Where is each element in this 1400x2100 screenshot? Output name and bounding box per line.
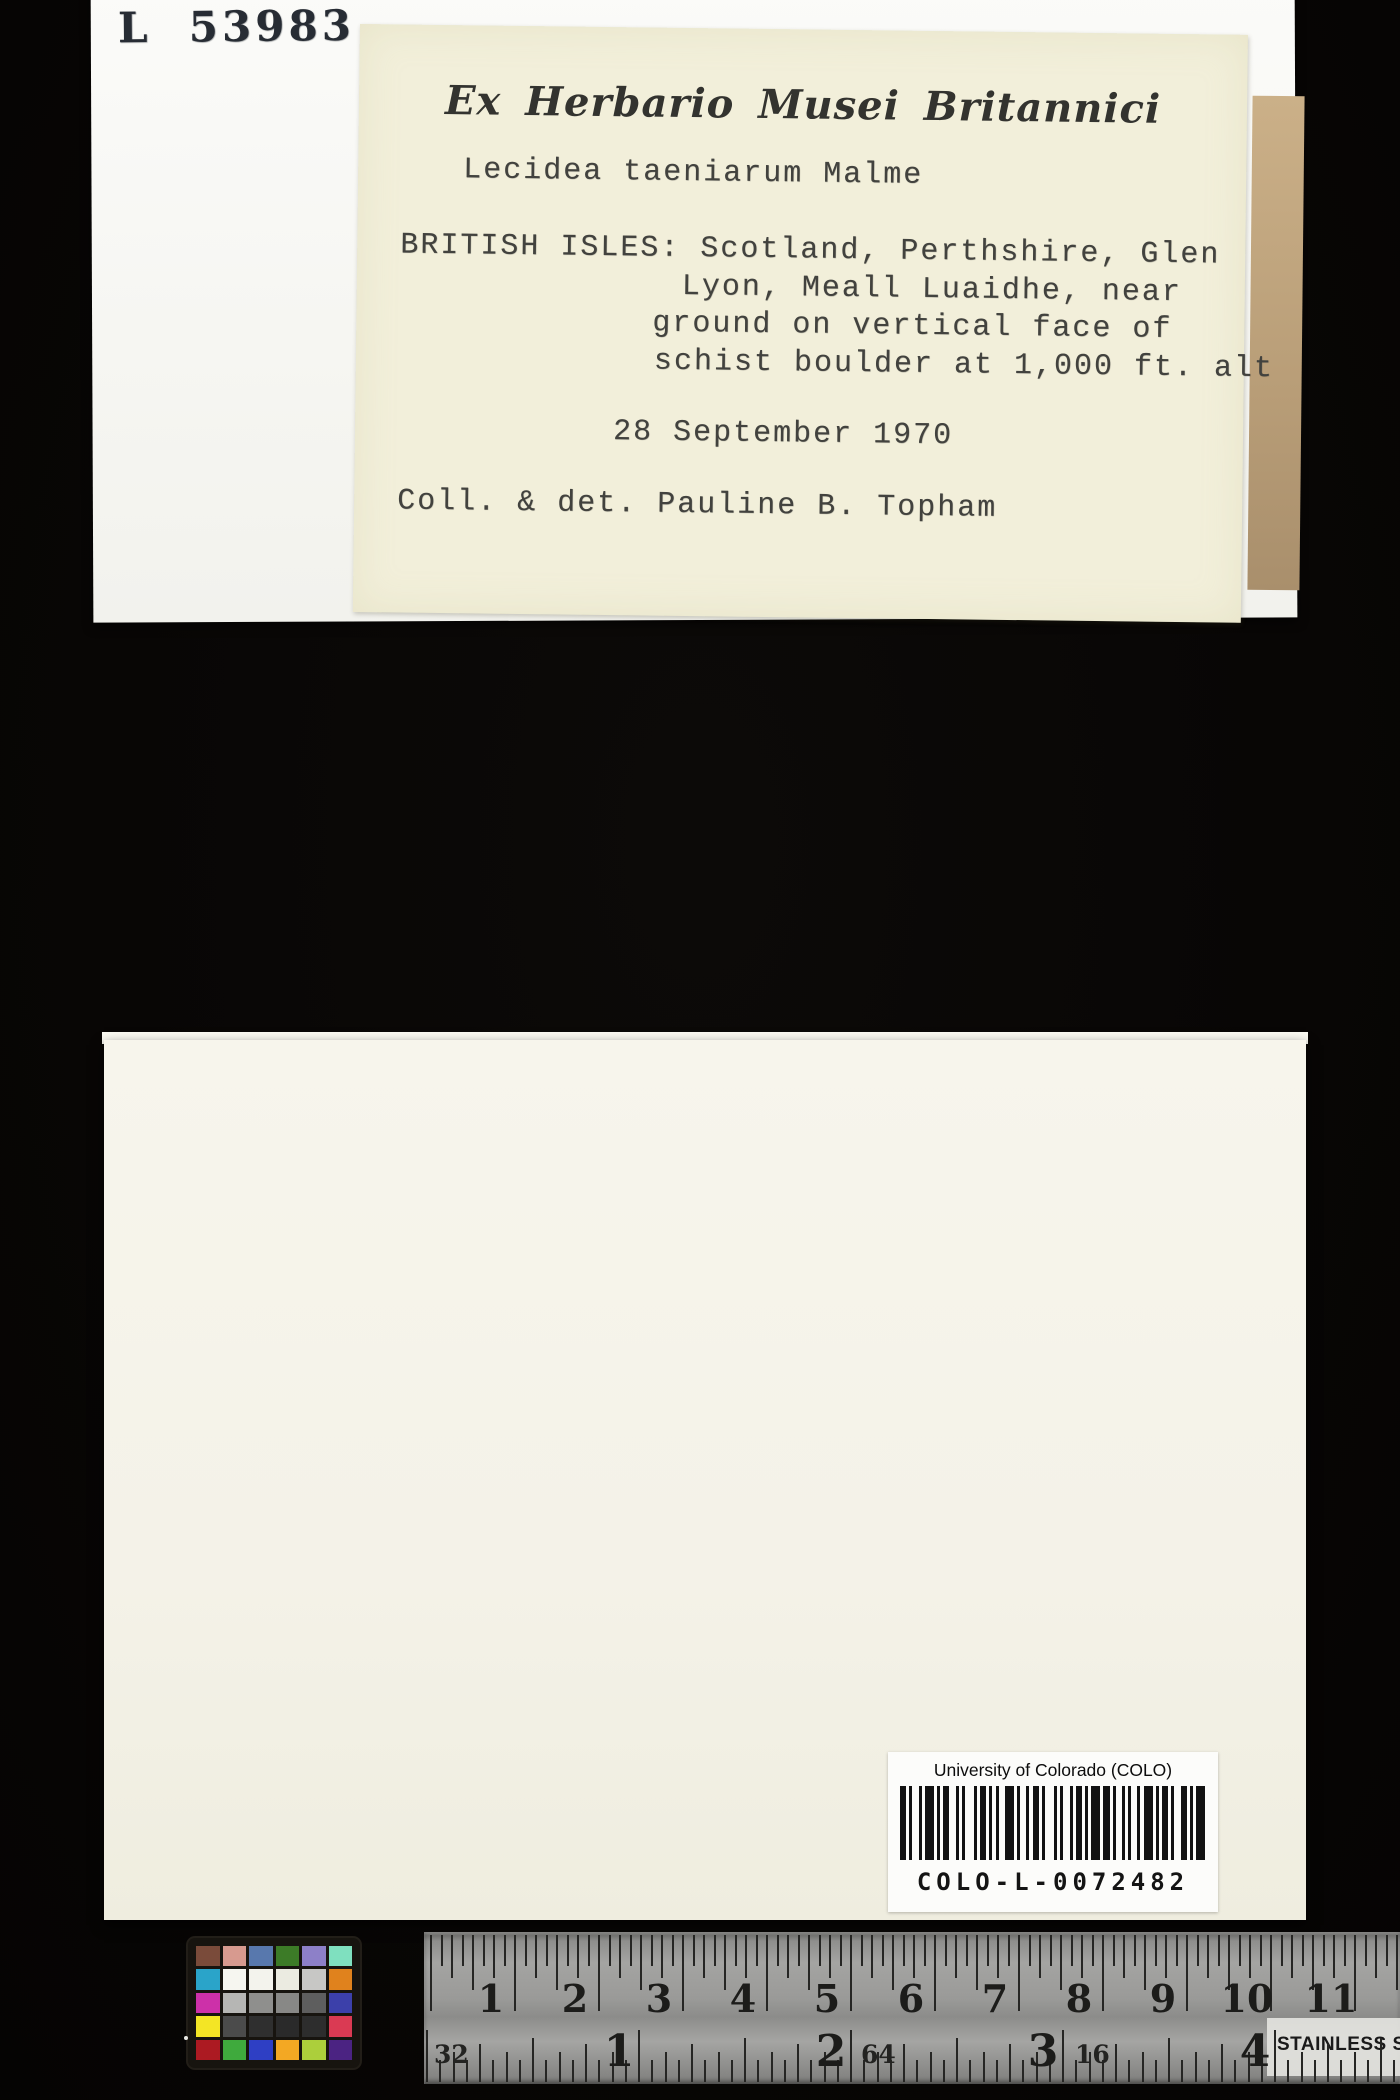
dust-speck	[184, 2036, 188, 2040]
ruler-inch-number: 1	[604, 2026, 635, 2077]
ruler-tick	[1291, 1935, 1293, 1978]
color-patch	[302, 1993, 326, 2013]
ruler-inch-number: 8	[1066, 1976, 1092, 2021]
ruler-tick	[1287, 2060, 1289, 2082]
ruler-tick	[1386, 1935, 1388, 1966]
ruler-tick	[1249, 1935, 1251, 1978]
ruler-tick	[1165, 1935, 1167, 1978]
color-patch	[196, 1993, 220, 2013]
ruler-tick	[535, 1935, 537, 1978]
color-patch	[249, 2040, 273, 2060]
color-patch	[329, 1993, 353, 2013]
color-patch	[329, 1969, 353, 1989]
ruler-tick	[703, 1935, 705, 1978]
ruler-tick	[1375, 1935, 1377, 1978]
ruler-tick	[577, 1935, 579, 1978]
barcode-label: University of Colorado (COLO) COLO-L-007…	[888, 1752, 1218, 1912]
ruler-tick	[1281, 1935, 1283, 1966]
ruler-tick	[1134, 1935, 1136, 1966]
ruler-inch-number: 4	[1240, 2026, 1271, 2077]
ruler-inch-number: 4	[730, 1976, 756, 2021]
barcode-bar	[1196, 1786, 1205, 1860]
ruler-tick	[567, 1935, 569, 1966]
ruler-tick	[903, 2044, 905, 2082]
ruler-inch-number: 11	[1305, 1976, 1358, 2021]
color-patch	[276, 2016, 300, 2036]
ruler-tick	[585, 2044, 587, 2082]
specimen-envelope: University of Colorado (COLO) COLO-L-007…	[104, 1040, 1306, 1920]
color-patch	[196, 1946, 220, 1966]
ruler-tick	[882, 1935, 884, 1966]
ruler-inch-number: 5	[814, 1976, 840, 2021]
ruler-tick	[969, 2060, 971, 2082]
herbarium-specimen-photo: L 53983 Ex Herbario Musei Britannici Lec…	[0, 0, 1400, 2100]
ruler-tick	[661, 1935, 663, 1978]
ruler-tick	[462, 1935, 464, 1966]
ruler-tick	[1008, 1935, 1010, 1966]
color-patch	[223, 2016, 247, 2036]
ruler-tick	[1092, 1935, 1094, 1966]
ruler-tick	[1128, 2060, 1130, 2082]
ruler-tick	[850, 1935, 852, 2011]
ruler-graduation-label: 16	[1075, 2040, 1110, 2069]
color-patch	[302, 1969, 326, 1989]
ruler-tick	[693, 1935, 695, 1966]
ruler-tick	[1314, 2060, 1316, 2082]
color-patch	[196, 2016, 220, 2036]
ruler-tick	[777, 1935, 779, 1966]
ruler-tick	[704, 2060, 706, 2082]
ruler-tick	[1142, 2052, 1144, 2082]
ruler-tick	[956, 2038, 958, 2082]
ruler-inch-number: 1	[478, 1976, 504, 2021]
barcode-number: COLO-L-0072482	[888, 1868, 1218, 1896]
color-patch	[196, 2040, 220, 2060]
color-patch	[302, 2016, 326, 2036]
ruler-tick	[1354, 2052, 1356, 2082]
ruler-tick	[1029, 1935, 1031, 1966]
ruler-tick	[1365, 1935, 1367, 1966]
ruler-tick	[1221, 2044, 1223, 2082]
ruler-tick	[441, 1935, 443, 1966]
ruler-tick	[572, 2060, 574, 2082]
ruler-tick	[1380, 2038, 1382, 2082]
ruler-tick	[1302, 1935, 1304, 1966]
ruler-tick	[525, 1935, 527, 1966]
ruler-tick	[1367, 2060, 1369, 2082]
ruler-tick	[1393, 2060, 1395, 2082]
ruler-tick	[630, 1935, 632, 1966]
ruler-tick	[771, 2052, 773, 2082]
ruler-tick	[1022, 2060, 1024, 2082]
ruler-graduation-label: 32	[434, 2040, 469, 2069]
ruler-tick	[798, 1935, 800, 1966]
collector-line: Coll. & det. Pauline B. Topham	[397, 484, 997, 525]
ruler-tick	[545, 2060, 547, 2082]
ruler-tick	[483, 1935, 485, 1966]
ruler-inch-number: 3	[646, 1976, 672, 2021]
species-name: Lecidea taeniarum Malme	[463, 153, 923, 193]
ruler-tick	[903, 1935, 905, 1966]
barcode-bar	[1144, 1786, 1153, 1860]
ruler-tick	[1009, 2044, 1011, 2082]
ruler-tick	[638, 2030, 640, 2082]
ruler-tick	[1115, 2044, 1117, 2082]
ruler-tick	[1301, 2052, 1303, 2082]
ruler-inch-number: 2	[562, 1976, 588, 2021]
ruler-tick	[871, 1935, 873, 1978]
ruler-tick	[756, 1935, 758, 1966]
herbarium-header: Ex Herbario Musei Britannici	[359, 76, 1248, 134]
ruler-tick	[924, 1935, 926, 1966]
ruler-tick	[945, 1935, 947, 1966]
ruler-tick	[691, 2044, 693, 2082]
ruler-tick	[1218, 1935, 1220, 1966]
barcode-bar	[925, 1786, 934, 1860]
ruler-tick	[1323, 1935, 1325, 1966]
ruler-tick	[651, 2060, 653, 2082]
ruler-tick	[665, 2052, 667, 2082]
ruler-tick	[745, 1935, 747, 1978]
color-patch	[249, 1969, 273, 1989]
ruler-tick	[559, 2052, 561, 2082]
ruler-inch-number: 6	[898, 1976, 924, 2021]
ruler-tick	[797, 2044, 799, 2082]
color-patch	[276, 1946, 300, 1966]
ruler-tick	[840, 1935, 842, 1966]
color-patch	[276, 2040, 300, 2060]
color-patch	[329, 1946, 353, 1966]
ruler-tick	[1144, 1935, 1146, 1990]
ruler-inch-number: 9	[1150, 1976, 1176, 2021]
ruler-tick	[1234, 2060, 1236, 2082]
ruler-tick	[506, 2052, 508, 2082]
ruler-tick	[504, 1935, 506, 1966]
color-patch	[249, 1993, 273, 2013]
ruler: STAINLESS ST 12345678910111234326416	[424, 1932, 1400, 2084]
ruler-tick	[916, 2060, 918, 2082]
ruler-inch-number: 2	[816, 2026, 847, 2077]
ruler-tick	[678, 2060, 680, 2082]
ruler-tick	[430, 1935, 432, 2011]
ruler-tick	[724, 1935, 726, 1990]
ruler-tick	[1333, 1935, 1335, 1978]
locality-line: BRITISH ISLES: Scotland, Perthshire, Gle…	[400, 229, 1220, 273]
ruler-tick	[861, 1935, 863, 1966]
color-patch	[223, 2040, 247, 2060]
ruler-tick	[1181, 2060, 1183, 2082]
ruler-tick	[1060, 1935, 1062, 1990]
ruler-graduation-label: 64	[861, 2040, 896, 2069]
ruler-tick	[1176, 1935, 1178, 1966]
ruler-tick	[1344, 1935, 1346, 1966]
color-patch	[276, 1993, 300, 2013]
color-patch	[249, 2016, 273, 2036]
color-patch	[302, 2040, 326, 2060]
ruler-tick	[556, 1935, 558, 1990]
ruler-tick	[829, 1935, 831, 1978]
ruler-tick	[546, 1935, 548, 1966]
ruler-tick	[819, 1935, 821, 1966]
ruler-tick	[987, 1935, 989, 1966]
locality-line: schist boulder at 1,000 ft. alt	[654, 345, 1274, 387]
ruler-tick	[532, 2038, 534, 2082]
ruler-tick	[1155, 2060, 1157, 2082]
barcode-bar	[1005, 1786, 1014, 1860]
ruler-tick	[672, 1935, 674, 1966]
ruler-tick	[955, 1935, 957, 1978]
ruler-tick	[588, 1935, 590, 1966]
color-patch	[223, 1969, 247, 1989]
ruler-tick	[1062, 2030, 1064, 2082]
ruler-inch-number: 7	[982, 1976, 1008, 2021]
ruler-tick	[598, 2060, 600, 2082]
ruler-tick	[1396, 1935, 1398, 1990]
ruler-tick	[1340, 2060, 1342, 2082]
ruler-tick	[1327, 2044, 1329, 2082]
ruler-tick	[976, 1935, 978, 1990]
ruler-tick	[640, 1935, 642, 1990]
ruler-tick	[1197, 1935, 1199, 1966]
ruler-tick	[609, 1935, 611, 1966]
ruler-tick	[996, 2060, 998, 2082]
ruler-tick	[1081, 1935, 1083, 1978]
ruler-tick	[472, 1935, 474, 1990]
ruler-inch-number: 10	[1221, 1976, 1274, 2021]
cardboard-edge	[1247, 96, 1304, 591]
ruler-inch-number: 3	[1028, 2026, 1059, 2077]
ruler-tick	[787, 1935, 789, 1978]
ruler-tick	[1155, 1935, 1157, 1966]
ruler-tick	[1018, 1935, 1020, 2011]
ruler-tick	[1113, 1935, 1115, 1966]
color-patch-grid	[196, 1946, 352, 2060]
barcode-space	[1045, 1786, 1054, 1860]
locality-line: Lyon, Meall Luaidhe, near	[682, 270, 1182, 310]
ruler-tick	[714, 1935, 716, 1966]
ruler-tick	[744, 2038, 746, 2082]
ruler-tick	[766, 1935, 768, 2011]
specimen-label: Ex Herbario Musei Britannici Lecidea tae…	[353, 24, 1248, 623]
ruler-tick	[718, 2052, 720, 2082]
ruler-tick	[682, 1935, 684, 2011]
color-patch	[302, 1946, 326, 1966]
ruler-tick	[598, 1935, 600, 2011]
color-patch	[223, 1993, 247, 2013]
ruler-tick	[451, 1935, 453, 1978]
ruler-tick	[1102, 1935, 1104, 2011]
barcode	[900, 1786, 1206, 1860]
ruler-tick	[1168, 2038, 1170, 2082]
ruler-tick	[1186, 1935, 1188, 2011]
ruler-tick	[1050, 1935, 1052, 1966]
ruler-tick	[492, 2060, 494, 2082]
color-patch	[223, 1946, 247, 1966]
color-patch	[329, 2040, 353, 2060]
ruler-tick	[913, 1935, 915, 1978]
ruler-tick	[514, 1935, 516, 2011]
ruler-tick	[1239, 1935, 1241, 1966]
ruler-tick	[619, 1935, 621, 1978]
ruler-tick	[1195, 2052, 1197, 2082]
ruler-tick	[997, 1935, 999, 1978]
ruler-tick	[731, 2060, 733, 2082]
ruler-tick	[1123, 1935, 1125, 1978]
ruler-tick	[850, 2030, 852, 2082]
barcode-space	[965, 1786, 974, 1860]
ruler-tick	[479, 2044, 481, 2082]
ruler-tick	[1208, 2060, 1210, 2082]
ruler-tick	[943, 2060, 945, 2082]
ruler-tick	[493, 1935, 495, 1978]
color-calibration-target	[188, 1938, 360, 2068]
ruler-tick	[1039, 1935, 1041, 1978]
color-patch	[196, 1969, 220, 1989]
locality-line: ground on vertical face of	[652, 307, 1172, 347]
ruler-tick	[651, 1935, 653, 1966]
ruler-tick	[966, 1935, 968, 1966]
ruler-tick	[1260, 1935, 1262, 1966]
barcode-bar	[1091, 1786, 1100, 1860]
ruler-tick	[735, 1935, 737, 1966]
ruler-tick	[1274, 2030, 1276, 2082]
color-patch	[276, 1969, 300, 1989]
color-patch	[249, 1946, 273, 1966]
ruler-tick	[1071, 1935, 1073, 1966]
accession-stamp: L 53983	[118, 1, 355, 52]
ruler-tick	[757, 2060, 759, 2082]
collection-date: 28 September 1970	[613, 415, 953, 453]
ruler-tick	[934, 1935, 936, 2011]
ruler-tick	[784, 2060, 786, 2082]
ruler-tick	[892, 1935, 894, 1990]
ruler-tick	[983, 2052, 985, 2082]
ruler-tick	[426, 2030, 428, 2082]
ruler-tick	[1207, 1935, 1209, 1978]
ruler-tick	[930, 2052, 932, 2082]
ruler-tick	[808, 1935, 810, 1990]
ruler-tick	[519, 2060, 521, 2082]
color-patch	[329, 2016, 353, 2036]
institution-name: University of Colorado (COLO)	[888, 1760, 1218, 1781]
ruler-tick	[810, 2060, 812, 2082]
